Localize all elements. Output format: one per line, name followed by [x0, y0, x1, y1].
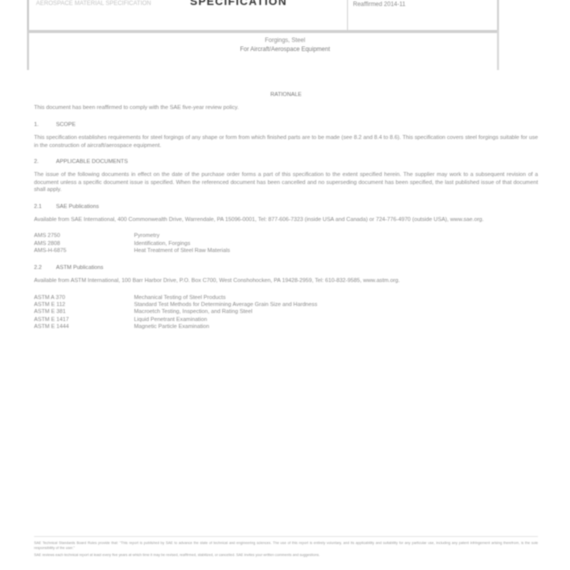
- reference-item: AMS 2808Identification, Forgings: [34, 241, 538, 248]
- subsection-text-astm: Available from ASTM International, 100 B…: [34, 278, 538, 285]
- reference-item: ASTM E 1417Liquid Penetrant Examination: [34, 317, 538, 324]
- document-footer: SAE Technical Standards Board Rules prov…: [34, 536, 538, 560]
- reference-item: AMS-H-6875Heat Treatment of Steel Raw Ma…: [34, 248, 538, 255]
- sae-reference-list: AMS 2750Pyrometry AMS 2808Identification…: [34, 233, 538, 255]
- astm-reference-list: ASTM A 370Mechanical Testing of Steel Pr…: [34, 295, 538, 332]
- footer-review-note: SAE reviews each technical report at lea…: [34, 553, 538, 558]
- document-title: Forgings, Steel: [0, 38, 570, 44]
- section-text-applicable-docs: The issue of the following documents in …: [34, 172, 538, 194]
- date-label: Reaffirmed: [353, 2, 382, 8]
- header-divider: [347, 0, 348, 30]
- reference-item: ASTM E 112Standard Test Methods for Dete…: [34, 302, 538, 309]
- document-page: AEROSPACE MATERIAL SPECIFICATION SPECIFI…: [0, 0, 570, 570]
- reference-item: ASTM E 381Macroetch Testing, Inspection,…: [34, 309, 538, 316]
- reference-item: ASTM E 1444Magnetic Particle Examination: [34, 324, 538, 331]
- section-text-scope: This specification establishes requireme…: [34, 135, 538, 150]
- document-date: Reaffirmed 2014-11: [353, 2, 406, 8]
- subsection-heading-sae: 2.1SAE Publications: [34, 204, 538, 211]
- reference-item: ASTM A 370Mechanical Testing of Steel Pr…: [34, 295, 538, 302]
- document-body: RATIONALE This document has been reaffir…: [34, 92, 538, 341]
- rationale-heading: RATIONALE: [34, 92, 538, 99]
- document-subtitle: For Aircraft/Aerospace Equipment: [0, 47, 570, 53]
- section-heading-scope: 1.SCOPE: [34, 122, 538, 129]
- rationale-text: This document has been reaffirmed to com…: [34, 105, 538, 112]
- footer-disclaimer: SAE Technical Standards Board Rules prov…: [34, 541, 538, 551]
- document-type: SPECIFICATION: [190, 0, 287, 8]
- section-heading-applicable-docs: 2.APPLICABLE DOCUMENTS: [34, 159, 538, 166]
- header-org-text: AEROSPACE MATERIAL SPECIFICATION: [36, 1, 151, 7]
- reference-item: AMS 2750Pyrometry: [34, 233, 538, 240]
- subsection-heading-astm: 2.2ASTM Publications: [34, 265, 538, 272]
- date-value: 2014-11: [384, 2, 406, 8]
- subsection-text-sae: Available from SAE International, 400 Co…: [34, 217, 538, 224]
